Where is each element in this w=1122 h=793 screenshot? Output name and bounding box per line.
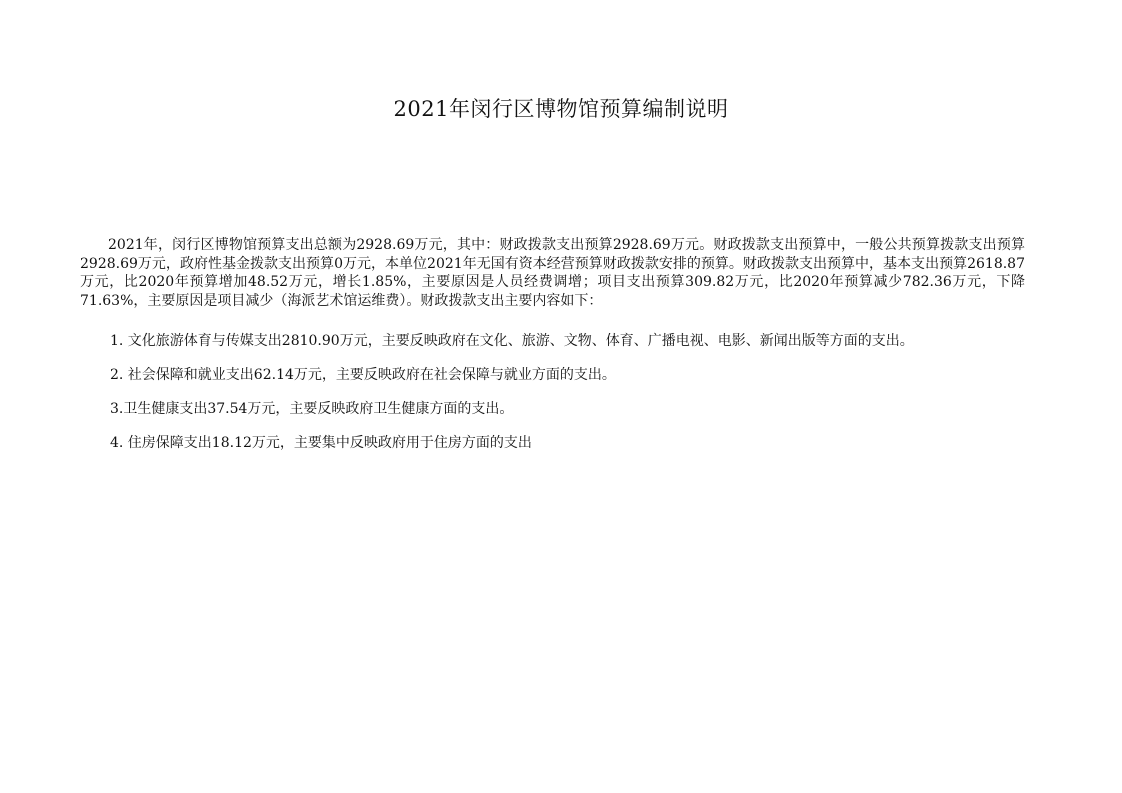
- list-item: 3.卫生健康支出37.54万元，主要反映政府卫生健康方面的支出。: [110, 399, 914, 433]
- expenditure-list: 1. 文化旅游体育与传媒支出2810.90万元，主要反映政府在文化、旅游、文物、…: [110, 331, 914, 467]
- intro-paragraph: 2021年，闵行区博物馆预算支出总额为2928.69万元，其中：财政拨款支出预算…: [80, 236, 1025, 310]
- page-title: 2021年闵行区博物馆预算编制说明: [0, 94, 1122, 124]
- list-item: 4. 住房保障支出18.12万元，主要集中反映政府用于住房方面的支出: [110, 433, 914, 467]
- list-item: 2. 社会保障和就业支出62.14万元，主要反映政府在社会保障与就业方面的支出。: [110, 365, 914, 399]
- list-item: 1. 文化旅游体育与传媒支出2810.90万元，主要反映政府在文化、旅游、文物、…: [110, 331, 914, 365]
